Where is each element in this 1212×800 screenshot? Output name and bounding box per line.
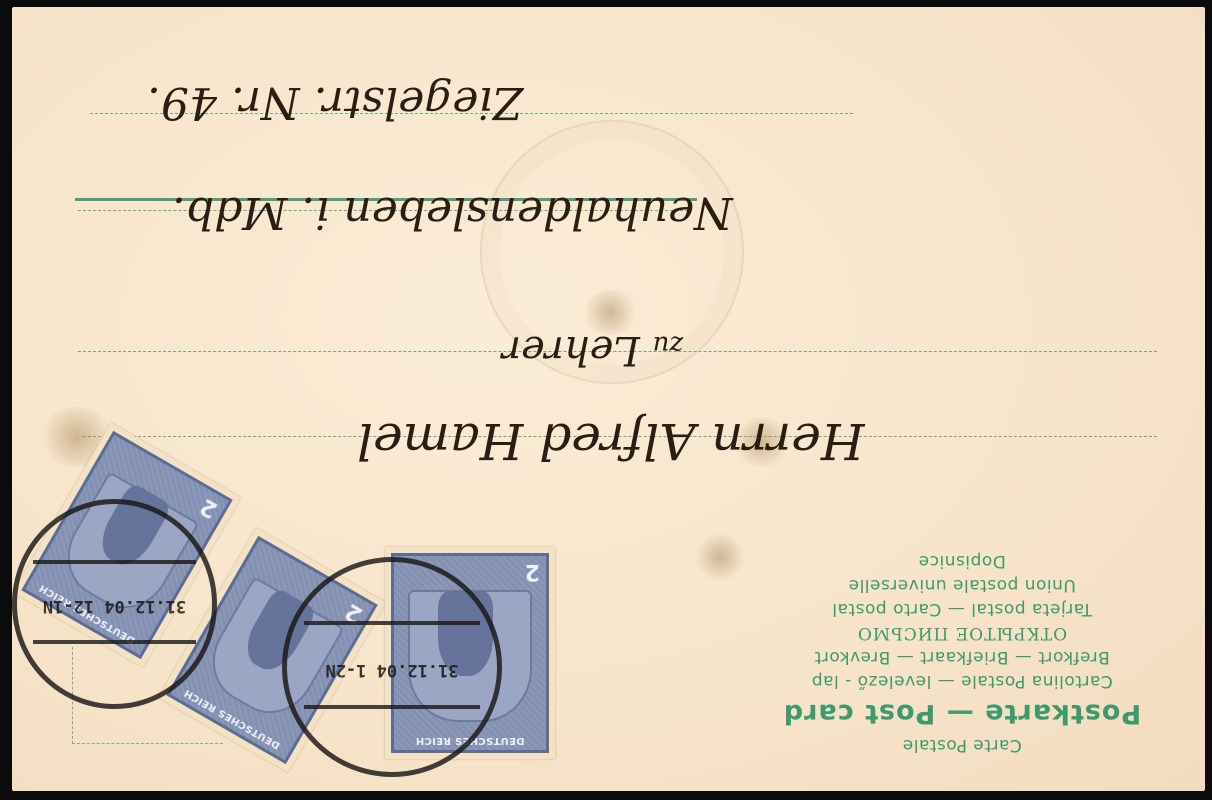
address-occupation: zu Lehrer [502, 327, 683, 373]
stamp-value: 2 [525, 559, 540, 584]
postmark-bar [304, 705, 480, 709]
header-carte-postale: Carte Postale [752, 733, 1172, 757]
address-recipient: Herrn Alfred Hamel [357, 412, 865, 470]
postcard-back: Ziegelstr. Nr. 49. Neuhaldensleben i. Md… [12, 7, 1205, 791]
header-brefkort: Brefkort — Briefkaart — Brevkort [752, 645, 1172, 669]
postmark-date: 31.12.04 1-2N [287, 660, 497, 680]
postmark-1: 31.12.04 12-1N [12, 499, 217, 709]
postmark-2: 31.12.04 1-2N [282, 557, 502, 777]
stain [695, 532, 745, 582]
header-russian: ОТКРЫТОЕ ПИСЬМО [752, 621, 1172, 645]
postmark-bar [33, 560, 197, 564]
printed-header: Carte Postale Postkarte — Post card Cart… [752, 477, 1172, 757]
address-prefix: zu [653, 330, 683, 360]
header-tarjeta: Tarjeta postal — Carto postal [752, 597, 1172, 621]
postmark-bar [304, 621, 480, 625]
postmark-bar [33, 640, 197, 644]
header-dopisnice: Dopisnice [752, 549, 1172, 573]
header-union: Union postale universelle [752, 573, 1172, 597]
stamp-value: 2 [196, 493, 222, 522]
header-title: Postkarte — Post card [752, 693, 1172, 733]
address-street: Ziegelstr. Nr. 49. [147, 77, 523, 128]
header-cartolina: Cartolina Postale — levelező - lap [752, 669, 1172, 693]
postmark-date: 31.12.04 12-1N [17, 596, 212, 616]
address-city: Neuhaldensleben i. Mdb. [172, 187, 733, 238]
address-occupation-text: Lehrer [502, 327, 640, 373]
